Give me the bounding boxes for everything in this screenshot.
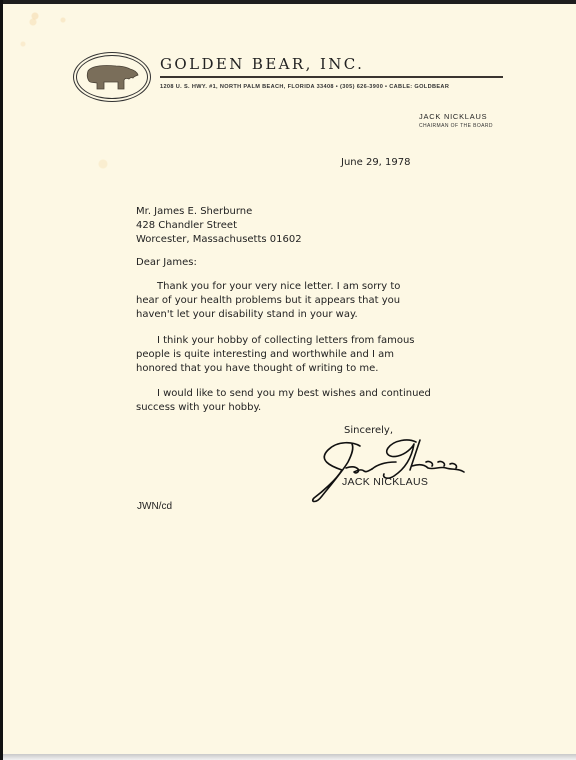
recipient-street: 428 Chandler Street (136, 219, 302, 233)
executive-title: CHAIRMAN OF THE BOARD (419, 123, 493, 129)
paragraph-line: hear of your health problems but it appe… (136, 294, 400, 308)
company-name: GOLDEN BEAR, INC. (160, 55, 364, 73)
recipient-name: Mr. James E. Sherburne (136, 205, 302, 219)
letter-page (3, 4, 576, 754)
handwritten-signature-icon (308, 436, 473, 506)
paragraph-line: success with your hobby. (136, 401, 431, 415)
paragraph-2: I think your hobby of collecting letters… (136, 334, 415, 376)
paragraph-3: I would like to send you my best wishes … (136, 387, 431, 415)
scan-bottom-strip (3, 754, 576, 760)
paragraph-line: I think your hobby of collecting letters… (157, 335, 415, 346)
executive-name: JACK NICKLAUS (419, 112, 487, 121)
signer-name: JACK NICKLAUS (342, 475, 428, 489)
paragraph-line: honored that you have thought of writing… (136, 362, 415, 376)
letter-date: June 29, 1978 (341, 156, 411, 170)
letterhead-rule (160, 76, 503, 78)
bear-logo-icon (86, 63, 140, 91)
paragraph-line: haven't let your disability stand in you… (136, 308, 400, 322)
reference-initials: JWN/cd (137, 500, 172, 514)
company-logo (73, 52, 151, 102)
recipient-address: Mr. James E. Sherburne 428 Chandler Stre… (136, 205, 302, 247)
paragraph-line: I would like to send you my best wishes … (157, 388, 431, 399)
salutation: Dear James: (136, 256, 197, 270)
recipient-city: Worcester, Massachusetts 01602 (136, 233, 302, 247)
paragraph-line: Thank you for your very nice letter. I a… (157, 281, 400, 292)
paragraph-1: Thank you for your very nice letter. I a… (136, 280, 400, 322)
paragraph-line: people is quite interesting and worthwhi… (136, 348, 415, 362)
company-address: 1208 U. S. HWY. #1, NORTH PALM BEACH, FL… (160, 84, 449, 90)
